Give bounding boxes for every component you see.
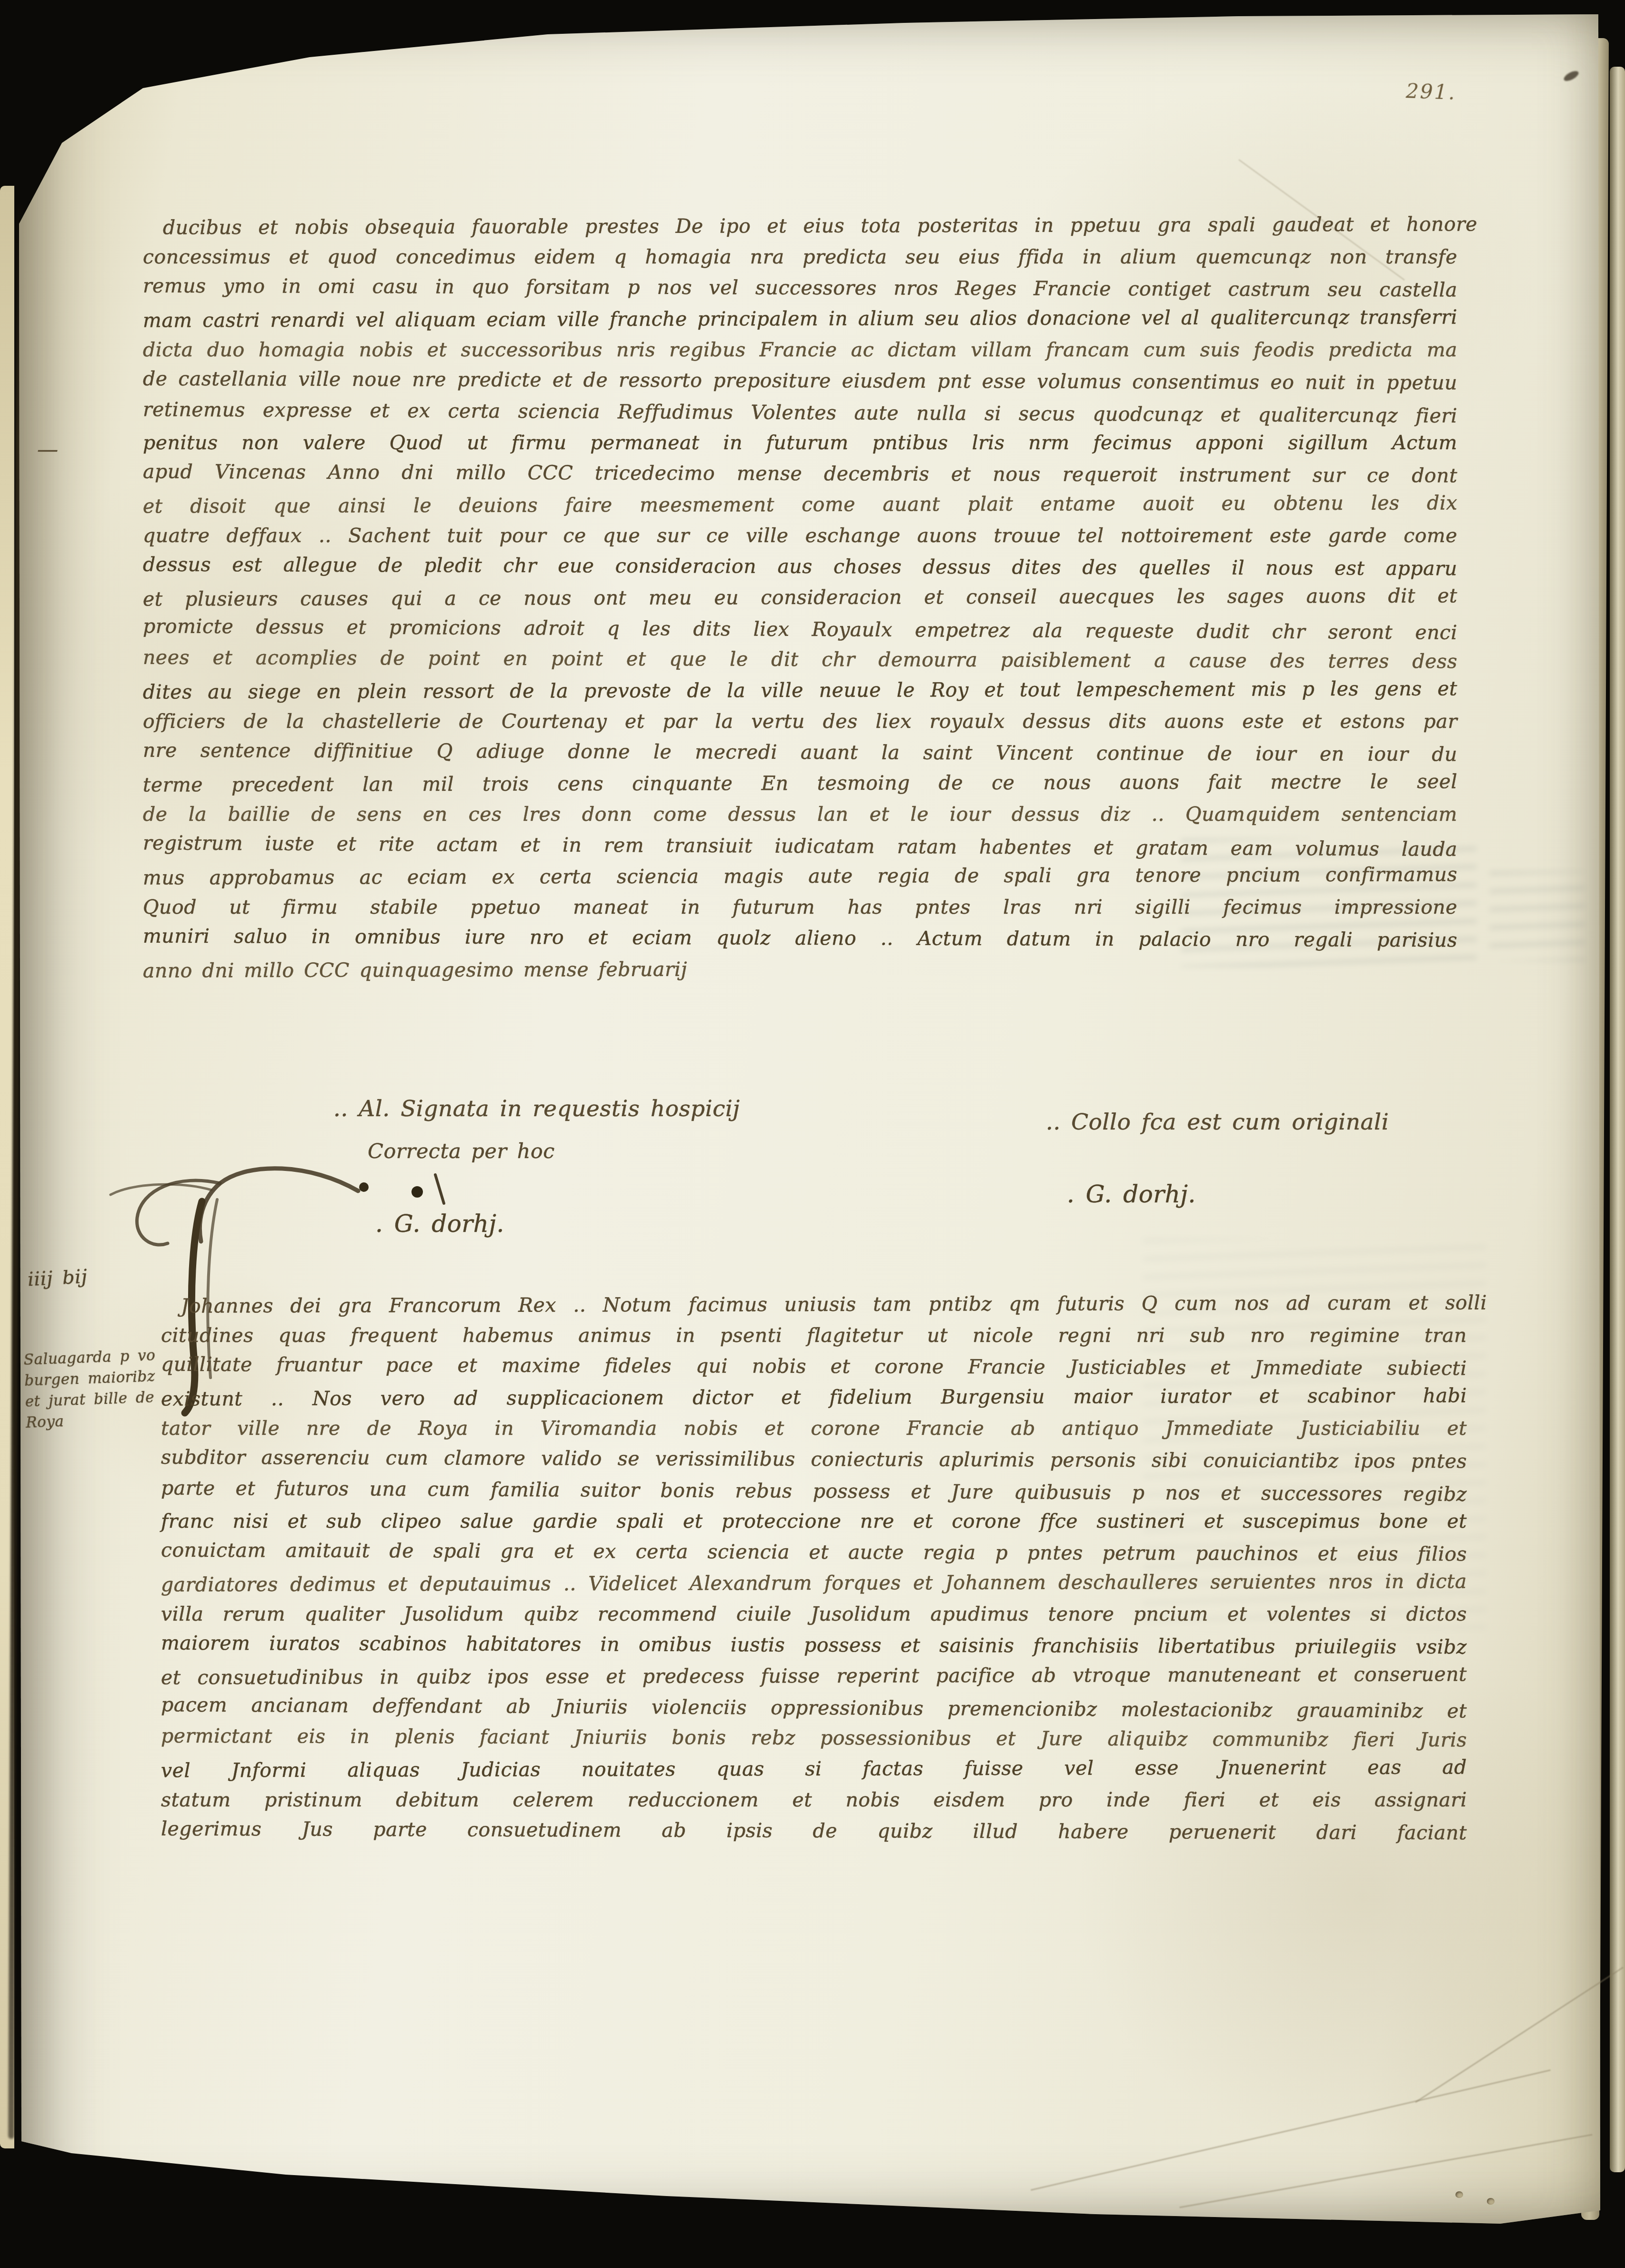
text-line: vel Jnformi aliquas Judicias nouitates q… <box>161 1752 1467 1786</box>
underleaf-edge-2 <box>1610 67 1625 2172</box>
text-line: et plusieurs causes qui a ce nous ont me… <box>143 580 1457 615</box>
text-line: terme precedent lan mil trois cens cinqu… <box>143 766 1457 800</box>
text-line: parte et futuros una cum familia suitor … <box>161 1472 1467 1510</box>
text-line: conuictam amitauit de spali gra et ex ce… <box>161 1535 1467 1570</box>
text-line: retinemus expresse et ex certa sciencia … <box>143 394 1457 431</box>
text-line: quatre deffaux .. Sachent tuit pour ce q… <box>143 520 1457 551</box>
margin-dash: — <box>37 437 59 462</box>
text-line: dites au siege en plein ressort de la pr… <box>143 673 1457 707</box>
wormhole <box>1455 2191 1463 2198</box>
folio-number: 291. <box>1405 79 1456 104</box>
text-line: permictant eis in plenis faciant Jniurii… <box>161 1721 1467 1756</box>
verso-showthrough-margin <box>1490 871 1585 961</box>
text-line: penitus non valere Quod ut firmu permane… <box>143 427 1457 458</box>
text-line: et disoit que ainsi le deuions faire mee… <box>143 487 1457 522</box>
text-line: dicta duo homagia nobis et successoribus… <box>143 334 1457 365</box>
text-line: nees et acomplies de point en point et q… <box>143 642 1457 677</box>
text-line: mam castri renardi vel aliquam eciam vil… <box>143 302 1457 336</box>
text-line: citudines quas frequent habemus animus i… <box>161 1320 1467 1351</box>
text-line: statum pristinum debitum celerem reducci… <box>161 1784 1467 1815</box>
ink-tick <box>123 47 127 58</box>
text-line: muniri saluo in omnibus iure nro et ecia… <box>143 921 1457 956</box>
text-line: nre sentence diffinitiue Q adiuge donne … <box>143 735 1457 770</box>
wormhole <box>1487 2198 1495 2205</box>
margin-note-salvagarda: Saluagarda p vo burgen maioribz et jurat… <box>23 1345 158 1433</box>
text-line: ducibus et nobis obsequia fauorable pres… <box>143 209 1477 243</box>
text-line: Johannes dei gra Francorum Rex .. Notum … <box>161 1287 1487 1321</box>
text-line: de castellania ville noue nre predicte e… <box>143 363 1457 399</box>
text-line: quillitate fruantur pace et maxime fidel… <box>161 1349 1467 1384</box>
text-line: remus ymo in omi casu in quo forsitam p … <box>143 271 1457 306</box>
text-line: franc nisi et sub clipeo salue gardie sp… <box>161 1506 1467 1537</box>
notary-signature-right: . G. dorhj. <box>1067 1180 1196 1208</box>
collation-note: .. Collo fca est cum originali <box>1046 1109 1389 1135</box>
text-line: dessus est allegue de pledit chr eue con… <box>143 549 1457 585</box>
text-block-royal-safeguard: Johannes dei gra Francorum Rex .. Notum … <box>161 1289 1487 1846</box>
text-line: villa rerum qualiter Jusolidum quibz rec… <box>161 1599 1467 1630</box>
text-line: subditor asserenciu cum clamore valido s… <box>161 1442 1467 1477</box>
text-line: et consuetudinibus in quibz ipos esse et… <box>161 1659 1467 1693</box>
manuscript-photo: 291. ducibus et nobis obsequia fauorable… <box>0 0 1625 2268</box>
text-line: gardiatores dedimus et deputauimus .. Vi… <box>161 1566 1467 1600</box>
text-line: de la baillie de sens en ces lres donn c… <box>143 799 1457 830</box>
text-line: maiorem iuratos scabinos habitatores in … <box>161 1628 1467 1663</box>
text-line: apud Vincenas Anno dni millo CCC tricede… <box>143 456 1457 492</box>
text-line: concessimus et quod concedimus eidem q h… <box>143 242 1457 272</box>
text-block-latin-charter: ducibus et nobis obsequia fauorable pres… <box>143 211 1477 985</box>
text-line: Quod ut firmu stabile ppetuo maneat in f… <box>143 892 1457 923</box>
text-line: tator ville nre de Roya in Viromandia no… <box>161 1413 1467 1444</box>
text-line: officiers de la chastellerie de Courtena… <box>143 706 1457 737</box>
text-line: legerimus Jus parte consuetudinem ab ips… <box>161 1814 1467 1849</box>
ink-tick <box>91 51 99 66</box>
quire-mark: iiij bij <box>27 1266 88 1290</box>
text-line: anno dni millo CCC quinquagesimo mense f… <box>143 952 1477 986</box>
text-line: mus approbamus ac eciam ex certa scienci… <box>143 859 1457 893</box>
chancery-signata-note: .. Al. Signata in requestis hospicij <box>333 1096 740 1122</box>
text-line: existunt .. Nos vero ad supplicacionem d… <box>161 1380 1467 1414</box>
